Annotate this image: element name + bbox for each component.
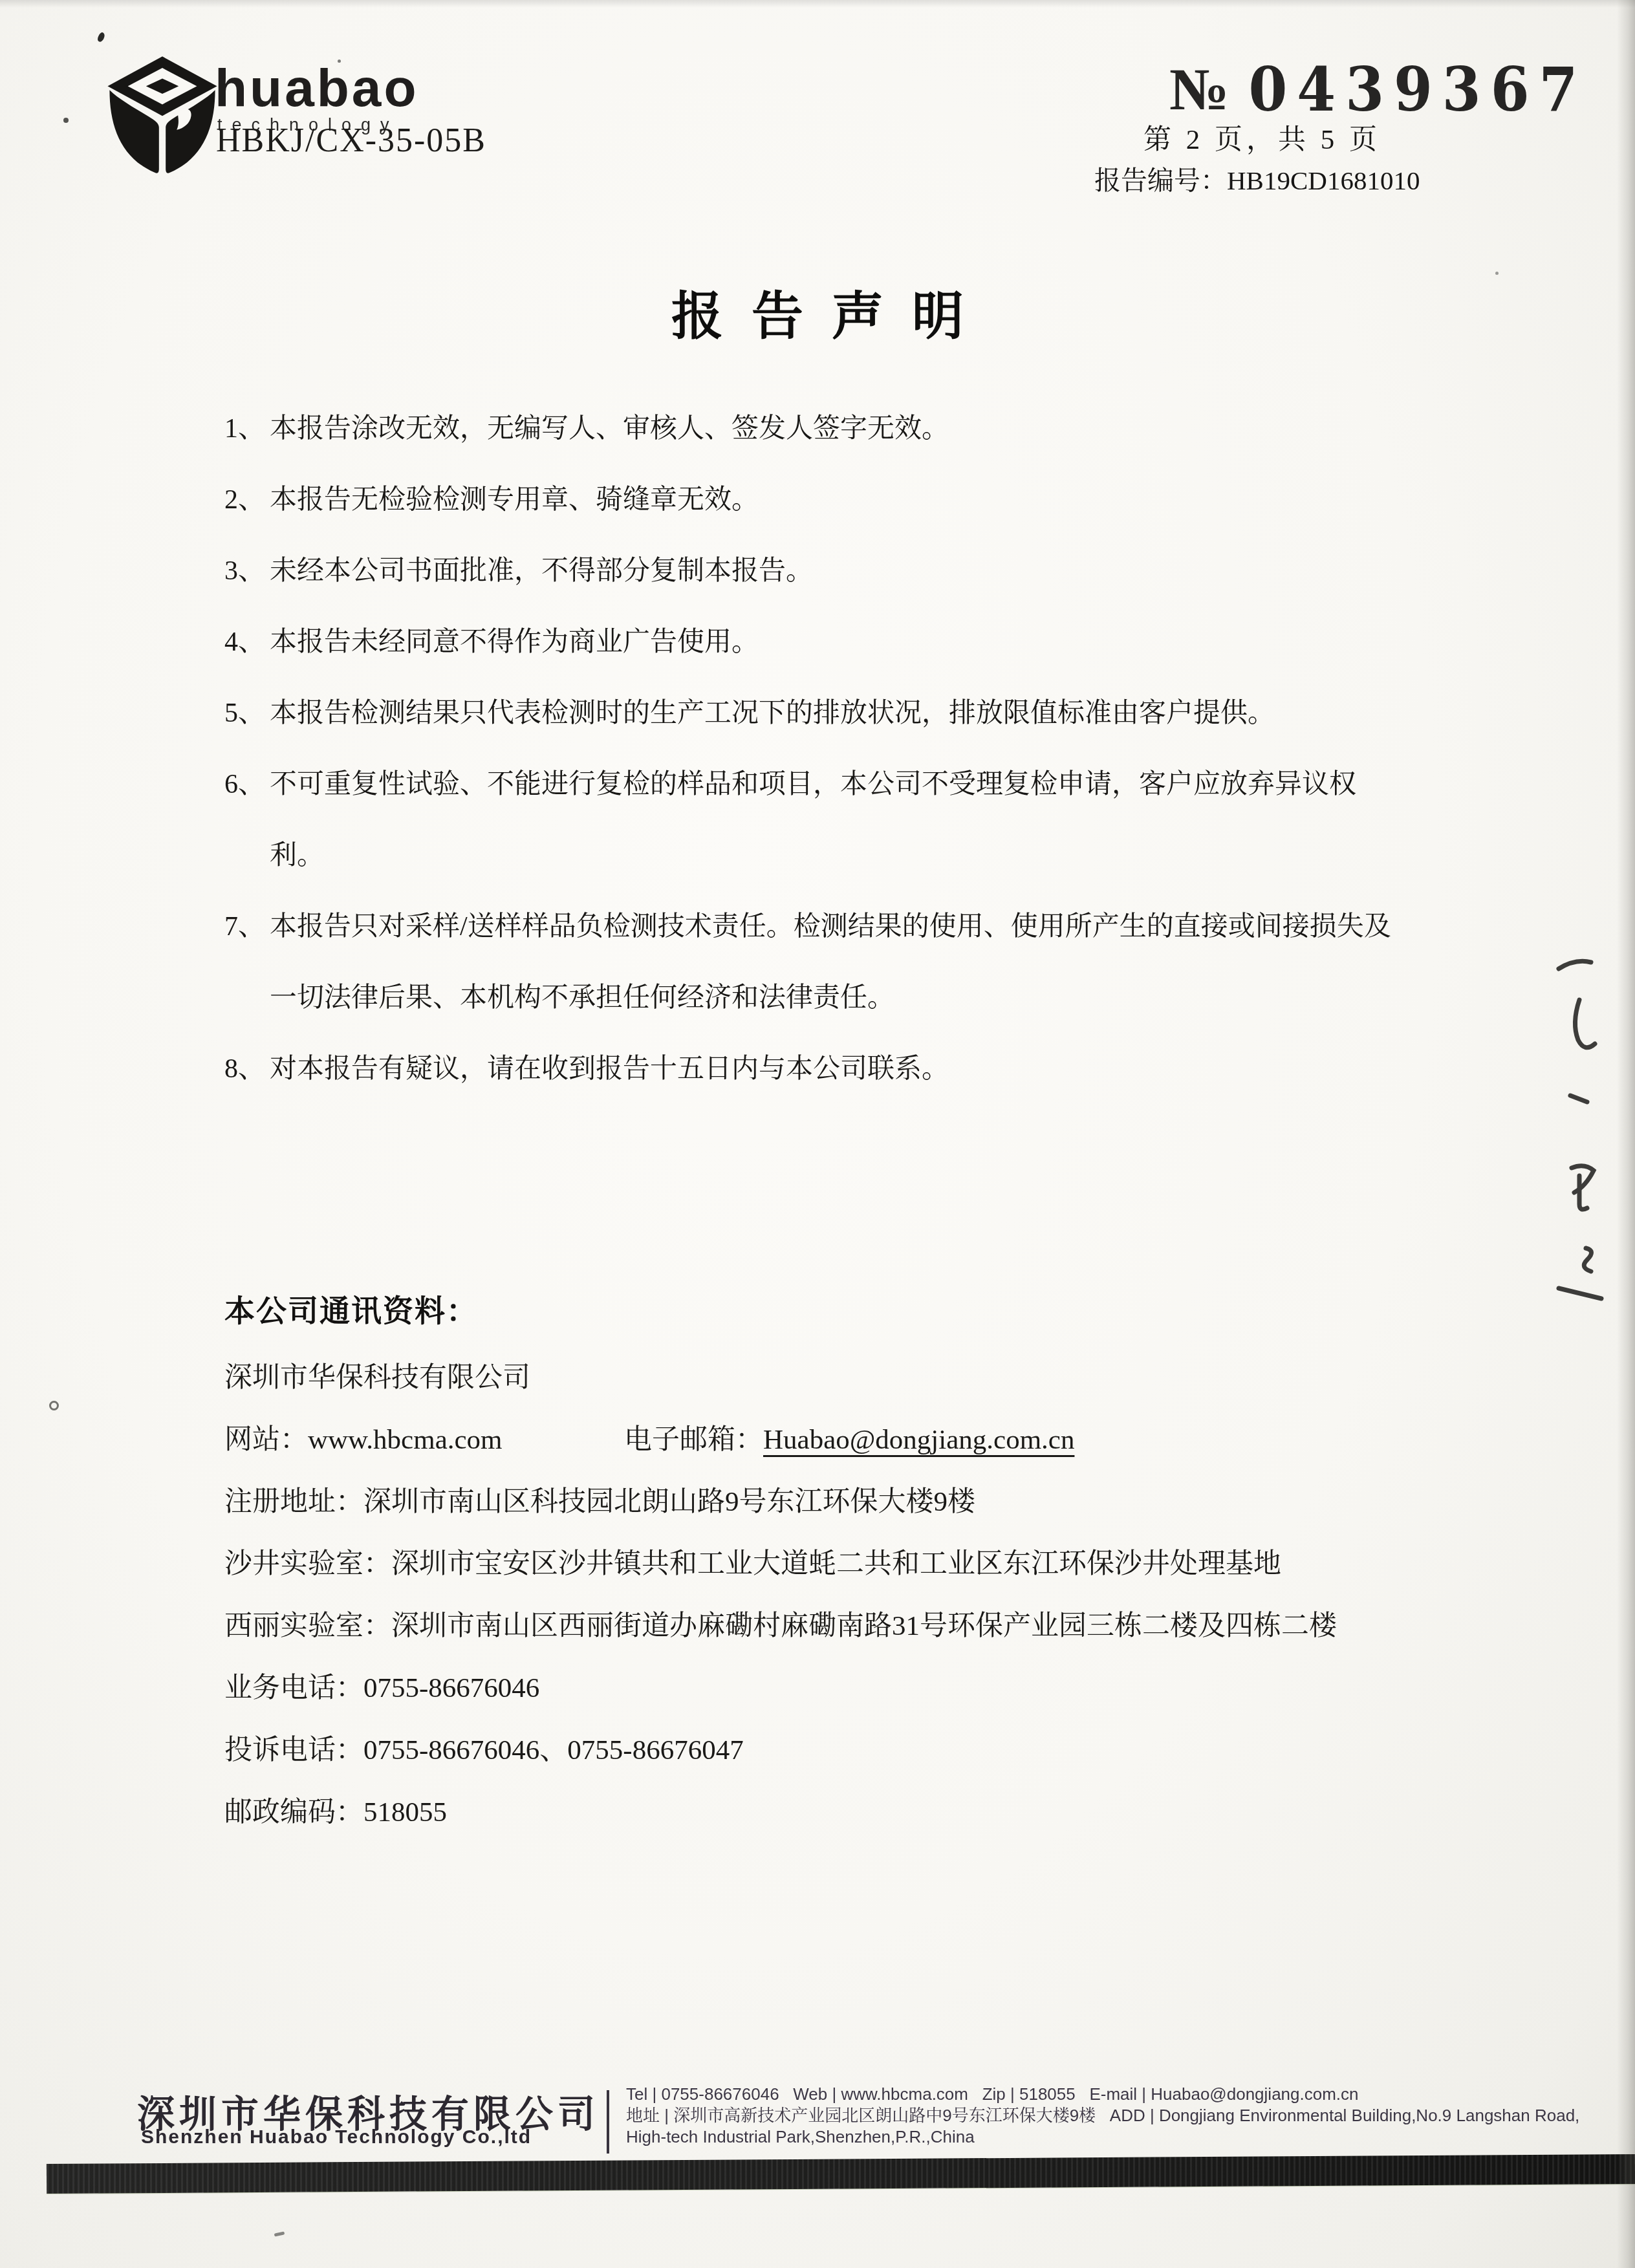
website-email-line: 网站：www.hbcma.com电子邮箱：Huabao@dongjiang.co… [224,1409,1492,1471]
report-number: 报告编号：HB19CD1681010 [1094,159,1420,197]
scan-speck [63,118,69,123]
footer-info-line2: 地址 | 深圳市高新技术产业园北区朗山路中9号东江环保大楼9楼 ADD | Do… [626,2105,1616,2126]
statement-number: 1、 [224,393,270,464]
statement-number: 5、 [224,678,270,749]
page-edge-shadow-top [0,0,1635,8]
statement-text: 本报告检测结果只代表检测时的生产工况下的排放状况，排放限值标准由客户提供。 [270,698,1275,728]
statement-text: 本报告只对采样/送样样品负检测技术责任。检测结果的使用、使用所产生的直接或间接损… [270,912,1391,942]
contact-heading: 本公司通讯资料： [224,1287,1492,1330]
handwriting-ink-marks [1542,945,1626,1321]
scan-speck [49,1401,59,1410]
postal-code: 邮政编码：518055 [224,1782,1492,1844]
statement-text: 利。 [270,841,324,870]
statement-number: 2、 [224,464,270,535]
serial-number: 0439367 [1248,61,1587,121]
company-name: 深圳市华保科技有限公司 [224,1347,1492,1409]
serial-number-stamp: №0439367 [1169,59,1587,119]
email: 电子邮箱：Huabao@dongjiang.com.cn [624,1425,1074,1455]
registered-address: 注册地址：深圳市南山区科技园北朗山路9号东江环保大楼9楼 [224,1471,1492,1533]
scan-speck [274,2231,285,2236]
page-title: 报告声明 [0,274,1635,349]
statement-item-6: 6、不可重复性试验、不能进行复检的样品和项目，本公司不受理复检申请，客户应放弃异… [224,749,1453,820]
footer-contact-info: Tel | 0755-86676046 Web | www.hbcma.com … [626,2084,1616,2148]
statement-item-6-continuation: 利。 [224,820,1453,891]
statement-number: 8、 [224,1033,270,1105]
numero-sign: № [1169,56,1233,122]
statement-number: 6、 [224,749,270,820]
logo-doc-code: HBKJ/CX-35-05B [216,124,486,158]
statement-item-8: 8、对本报告有疑议，请在收到报告十五日内与本公司联系。 [224,1033,1453,1105]
statement-text: 对本报告有疑议，请在收到报告十五日内与本公司联系。 [270,1054,949,1084]
shajing-lab-address: 沙井实验室：深圳市宝安区沙井镇共和工业大道蚝二共和工业区东江环保沙井处理基地 [224,1533,1492,1595]
statement-text: 本报告未经同意不得作为商业广告使用。 [270,627,759,657]
email-value: Huabao@dongjiang.com.cn [763,1425,1074,1455]
website: 网站：www.hbcma.com [224,1409,624,1471]
statement-text: 未经本公司书面批准，不得部分复制本报告。 [270,556,813,586]
page-edge-shadow-right [1617,0,1635,2268]
footer-company-name-en: Shenzhen Huabao Technology Co.,ltd [141,2126,532,2148]
statement-number: 4、 [224,607,270,678]
business-phone: 业务电话：0755-86676046 [224,1658,1492,1720]
footer-info-line3: High-tech Industrial Park,Shenzhen,P.R.,… [626,2126,1616,2148]
scan-speck [338,59,341,63]
xili-lab-address: 西丽实验室：深圳市南山区西丽街道办麻磡村麻磡南路31号环保产业园三栋二楼及四栋二… [224,1595,1492,1658]
statement-number: 3、 [224,535,270,607]
statement-item-4: 4、本报告未经同意不得作为商业广告使用。 [224,607,1453,678]
footer-black-bar [47,2154,1635,2194]
footer-info-line1: Tel | 0755-86676046 Web | www.hbcma.com … [626,2084,1616,2105]
scan-speck [96,32,106,43]
huabao-logo-icon [105,54,220,175]
contact-section: 本公司通讯资料： 深圳市华保科技有限公司 网站：www.hbcma.com电子邮… [224,1287,1492,1844]
statement-text: 本报告涂改无效，无编写人、审核人、签发人签字无效。 [270,414,949,444]
statement-item-1: 1、本报告涂改无效，无编写人、审核人、签发人签字无效。 [224,393,1453,464]
statements-list: 1、本报告涂改无效，无编写人、审核人、签发人签字无效。 2、本报告无检验检测专用… [224,393,1453,1105]
scan-speck [1495,272,1499,275]
statement-item-5: 5、本报告检测结果只代表检测时的生产工况下的排放状况，排放限值标准由客户提供。 [224,678,1453,749]
website-label: 网站： [224,1425,308,1455]
complaint-phone: 投诉电话：0755-86676046、0755-86676047 [224,1720,1492,1782]
statement-number: 7、 [224,891,270,962]
scanned-report-page: huabao technology HBKJ/CX-35-05B №043936… [0,0,1635,2268]
statement-item-2: 2、本报告无检验检测专用章、骑缝章无效。 [224,464,1453,535]
statement-item-7: 7、本报告只对采样/送样样品负检测技术责任。检测结果的使用、使用所产生的直接或间… [224,891,1453,962]
page-number-info: 第 2 页，共 5 页 [1143,118,1381,157]
email-label: 电子邮箱： [624,1425,763,1455]
website-value: www.hbcma.com [308,1425,503,1455]
statement-text: 一切法律后果、本机构不承担任何经济和法律责任。 [270,983,894,1013]
footer-divider [607,2090,609,2154]
statement-item-3: 3、未经本公司书面批准，不得部分复制本报告。 [224,535,1453,607]
logo-wordmark: huabao [215,62,419,115]
statement-item-7-continuation: 一切法律后果、本机构不承担任何经济和法律责任。 [224,962,1453,1033]
statement-text: 本报告无检验检测专用章、骑缝章无效。 [270,485,759,515]
statement-text: 不可重复性试验、不能进行复检的样品和项目，本公司不受理复检申请，客户应放弃异议权 [270,770,1356,799]
